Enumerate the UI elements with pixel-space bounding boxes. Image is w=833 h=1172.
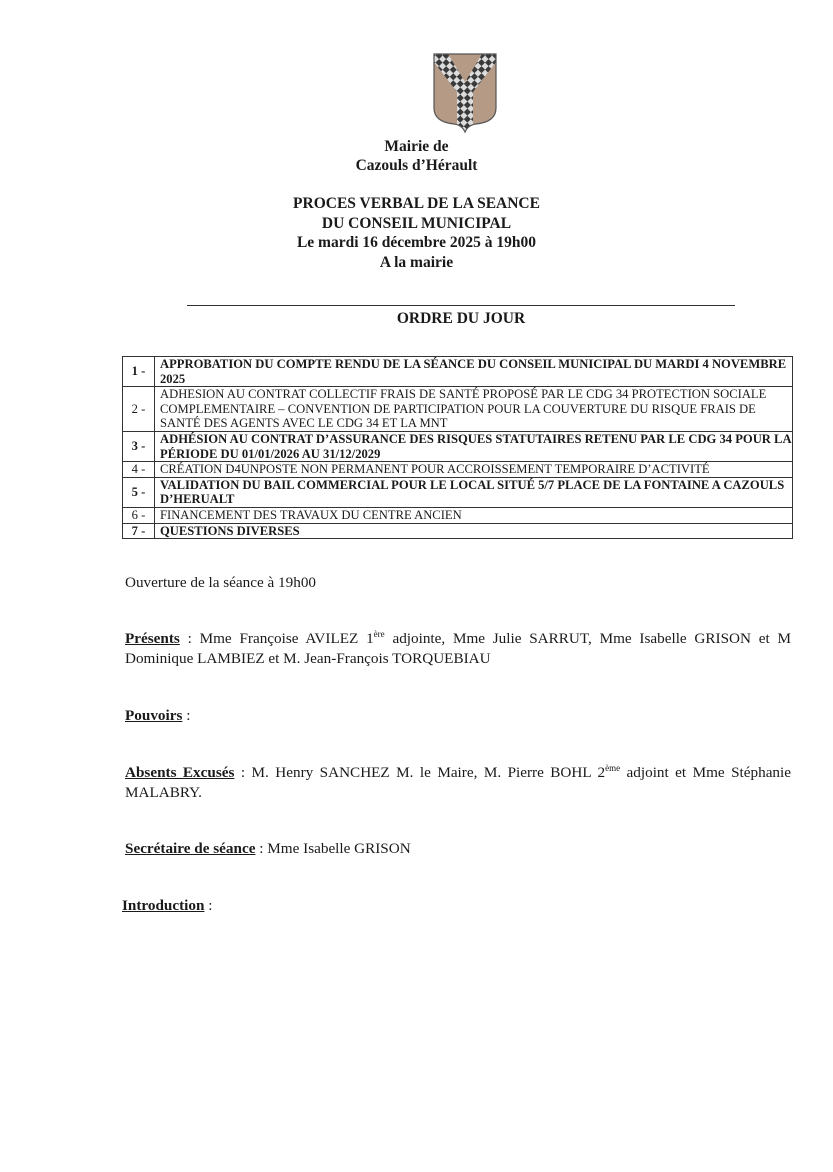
title-line-2: DU CONSEIL MUNICIPAL <box>0 214 833 234</box>
introduction-label: Introduction <box>122 897 204 914</box>
pouvoirs-paragraph: Pouvoirs : <box>125 706 791 726</box>
agenda-table: 1 -APPROBATION DU COMPTE RENDU DE LA SÉA… <box>122 356 793 539</box>
document-title: PROCES VERBAL DE LA SEANCE DU CONSEIL MU… <box>0 194 833 272</box>
horizontal-divider <box>187 305 735 306</box>
agenda-item-text: FINANCEMENT DES TRAVAUX DU CENTRE ANCIEN <box>155 507 793 523</box>
mairie-line-1: Mairie de <box>0 137 833 156</box>
agenda-item-number: 6 - <box>123 507 155 523</box>
agenda-item-text: APPROBATION DU COMPTE RENDU DE LA SÉANCE… <box>155 357 793 387</box>
title-line-3: Le mardi 16 décembre 2025 à 19h00 <box>0 233 833 253</box>
agenda-row: 7 -QUESTIONS DIVERSES <box>123 523 793 539</box>
introduction-paragraph: Introduction : <box>122 896 788 916</box>
agenda-heading: ORDRE DU JOUR <box>0 310 833 328</box>
agenda-item-text: ADHESION AU CONTRAT COLLECTIF FRAIS DE S… <box>155 387 793 432</box>
agenda-item-number: 5 - <box>123 477 155 507</box>
mairie-line-2: Cazouls d’Hérault <box>0 156 833 175</box>
agenda-row: 3 -ADHÉSION AU CONTRAT D’ASSURANCE DES R… <box>123 431 793 461</box>
title-line-1: PROCES VERBAL DE LA SEANCE <box>0 194 833 214</box>
secretaire-label: Secrétaire de séance <box>125 840 255 857</box>
presents-paragraph: Présents : Mme Françoise AVILEZ 1ère adj… <box>125 629 791 669</box>
presents-label: Présents <box>125 630 180 647</box>
presents-text: Mme Françoise AVILEZ 1 <box>200 630 374 647</box>
municipality-name: Mairie de Cazouls d’Hérault <box>0 137 833 175</box>
agenda-row: 6 -FINANCEMENT DES TRAVAUX DU CENTRE ANC… <box>123 507 793 523</box>
agenda-item-text: ADHÉSION AU CONTRAT D’ASSURANCE DES RISQ… <box>155 431 793 461</box>
agenda-row: 4 -CRÉATION D4UNPOSTE NON PERMANENT POUR… <box>123 462 793 478</box>
agenda-item-number: 7 - <box>123 523 155 539</box>
opening-line: Ouverture de la séance à 19h00 <box>125 573 791 593</box>
absents-paragraph: Absents Excusés : M. Henry SANCHEZ M. le… <box>125 763 791 803</box>
agenda-item-number: 2 - <box>123 387 155 432</box>
coat-of-arms-icon <box>432 52 498 134</box>
agenda-item-text: CRÉATION D4UNPOSTE NON PERMANENT POUR AC… <box>155 462 793 478</box>
agenda-row: 2 -ADHESION AU CONTRAT COLLECTIF FRAIS D… <box>123 387 793 432</box>
agenda-item-text: QUESTIONS DIVERSES <box>155 523 793 539</box>
secretaire-value: Mme Isabelle GRISON <box>267 840 410 857</box>
agenda-row: 5 -VALIDATION DU BAIL COMMERCIAL POUR LE… <box>123 477 793 507</box>
agenda-item-number: 4 - <box>123 462 155 478</box>
absents-text: M. Henry SANCHEZ M. le Maire, M. Pierre … <box>252 764 606 781</box>
pouvoirs-label: Pouvoirs <box>125 707 182 724</box>
agenda-item-text: VALIDATION DU BAIL COMMERCIAL POUR LE LO… <box>155 477 793 507</box>
absents-label: Absents Excusés <box>125 764 234 781</box>
agenda-row: 1 -APPROBATION DU COMPTE RENDU DE LA SÉA… <box>123 357 793 387</box>
agenda-item-number: 1 - <box>123 357 155 387</box>
secretaire-paragraph: Secrétaire de séance : Mme Isabelle GRIS… <box>125 839 791 859</box>
agenda-item-number: 3 - <box>123 431 155 461</box>
title-line-4: A la mairie <box>0 253 833 273</box>
